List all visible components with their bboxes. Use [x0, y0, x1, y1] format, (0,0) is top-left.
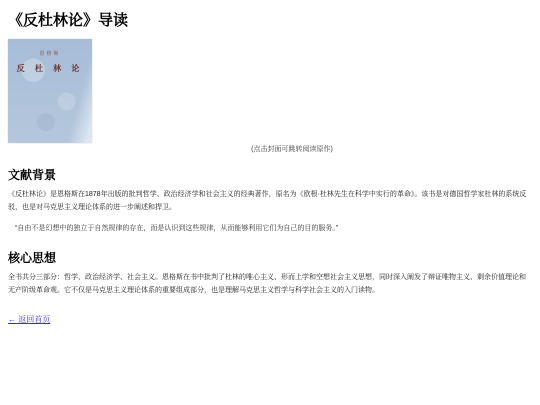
book-cover-image[interactable]: 恩格斯 反 杜 林 论 — [8, 39, 92, 143]
cover-caption: (点击封面可跳转阅读原作) — [8, 145, 532, 155]
section-heading-background: 文献背景 — [8, 166, 532, 183]
section-heading-core-ideas: 核心思想 — [8, 249, 532, 266]
back-home-link[interactable]: ← 返回首页 — [8, 315, 50, 324]
page-title: 《反杜林论》导读 — [8, 9, 532, 30]
core-ideas-paragraph: 全书共分三部分：哲学、政治经济学、社会主义。恩格斯在书中批判了杜林的唯心主义、形… — [8, 271, 532, 297]
book-cover-author: 恩格斯 — [8, 51, 92, 57]
page-content: 《反杜林论》导读 恩格斯 反 杜 林 论 (点击封面可跳转阅读原作) 文献背景 … — [0, 0, 540, 335]
back-link-row: ← 返回首页 — [8, 309, 532, 327]
background-paragraph: 《反杜林论》是恩格斯在1878年出版的批判哲学、政治经济学和社会主义的经典著作，… — [8, 188, 532, 214]
book-cover-title: 反 杜 林 论 — [8, 64, 92, 73]
engels-quote: “自由不是幻想中的独立于自然规律的存在，而是认识到这些规律，从而能够利用它们为自… — [15, 222, 532, 235]
